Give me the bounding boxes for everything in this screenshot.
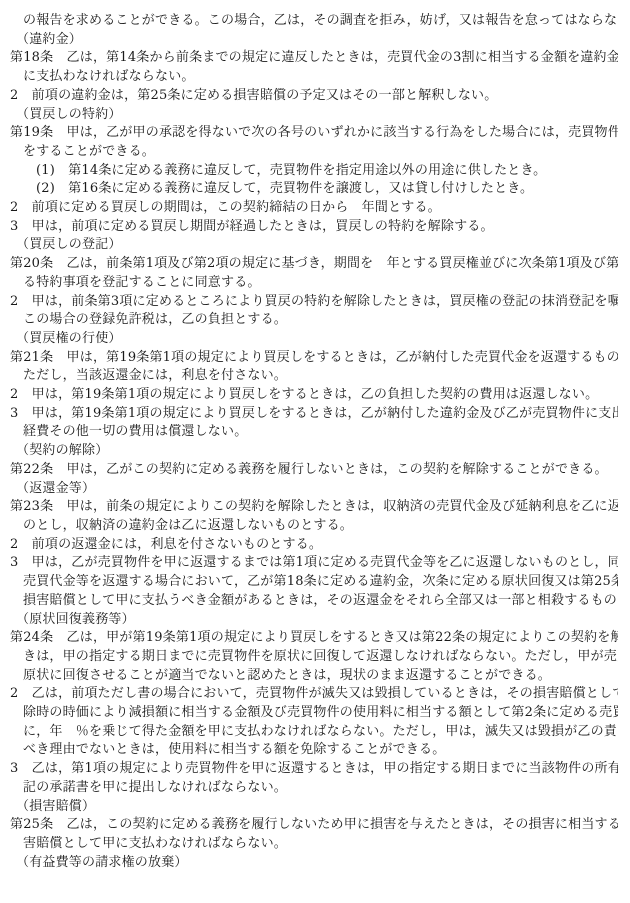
continuation-line: 売買代金等を返還する場合において，乙が第18条に定める違約金，次条に定める原状回… bbox=[0, 573, 618, 592]
continuation-line: の報告を求めることができる。この場合，乙は，その調査を拒み，妨げ，又は報告を怠っ… bbox=[0, 12, 618, 31]
article-line: 3 乙は，第1項の規定により売買物件を甲に返還するときは，甲の指定する期日までに… bbox=[0, 760, 618, 779]
caption-line: （有益費等の請求権の放棄） bbox=[0, 854, 618, 873]
caption-line: （返還金等） bbox=[0, 480, 618, 499]
article-line: 第20条 乙は，前条第1項及び第2項の規定に基づき，期間を 年とする買戻権並びに… bbox=[0, 255, 618, 274]
item-line: (2) 第16条に定める義務に違反して，売買物件を譲渡し，又は貸し付けしたとき。 bbox=[0, 180, 618, 199]
continuation-line: に，年 ％を乗じて得た金額を甲に支払わなければならない。ただし，甲は，滅失又は毀… bbox=[0, 723, 618, 742]
article-line: 第25条 乙は，この契約に定める義務を履行しないため甲に損害を与えたときは，その… bbox=[0, 816, 618, 835]
article-line: 3 甲は，前項に定める買戻し期間が経過したときは，買戻しの特約を解除する。 bbox=[0, 218, 618, 237]
contract-text: の報告を求めることができる。この場合，乙は，その調査を拒み，妨げ，又は報告を怠っ… bbox=[0, 12, 618, 872]
article-line: 第24条 乙は，甲が第19条第1項の規定により買戻しをするとき又は第22条の規定… bbox=[0, 629, 618, 648]
continuation-line: 損害賠償として甲に支払うべき金額があるときは，その返還金をそれら全部又は一部と相… bbox=[0, 592, 618, 611]
continuation-line: この場合の登録免許税は，乙の負担とする。 bbox=[0, 311, 618, 330]
article-line: 2 甲は，第19条第1項の規定により買戻しをするときは，乙の負担した契約の費用は… bbox=[0, 386, 618, 405]
continuation-line: に支払わなければならない。 bbox=[0, 68, 618, 87]
continuation-line: 除時の時価により減損額に相当する金額及び売買物件の使用料に相当する額として第2条… bbox=[0, 704, 618, 723]
continuation-line: 記の承諾書を甲に提出しなければならない。 bbox=[0, 779, 618, 798]
contract-page: の報告を求めることができる。この場合，乙は，その調査を拒み，妨げ，又は報告を怠っ… bbox=[0, 0, 630, 903]
article-line: 2 乙は，前項ただし書の場合において，売買物件が滅失又は毀損しているときは，その… bbox=[0, 685, 618, 704]
caption-line: （違約金） bbox=[0, 31, 618, 50]
article-line: 第23条 甲は，前条の規定によりこの契約を解除したときは，収納済の売買代金及び延… bbox=[0, 498, 618, 517]
continuation-line: をすることができる。 bbox=[0, 143, 618, 162]
article-line: 2 甲は，前条第3項に定めるところにより買戻の特約を解除したときは，買戻権の登記… bbox=[0, 293, 618, 312]
caption-line: （買戻しの特約） bbox=[0, 106, 618, 125]
continuation-line: きは，甲の指定する期日までに売買物件を原状に回復して返還しなければならない。ただ… bbox=[0, 648, 618, 667]
article-line: 第19条 甲は，乙が甲の承認を得ないで次の各号のいずれかに該当する行為をした場合… bbox=[0, 124, 618, 143]
caption-line: （買戻しの登記） bbox=[0, 236, 618, 255]
article-line: 第18条 乙は，第14条から前条までの規定に違反したときは，売買代金の3割に相当… bbox=[0, 49, 618, 68]
continuation-line: 害賠償として甲に支払わなければならない。 bbox=[0, 835, 618, 854]
article-line: 第21条 甲は，第19条第1項の規定により買戻しをするときは，乙が納付した売買代… bbox=[0, 349, 618, 368]
continuation-line: ただし，当該返還金には，利息を付さない。 bbox=[0, 367, 618, 386]
continuation-line: べき理由でないときは，使用料に相当する額を免除することができる。 bbox=[0, 741, 618, 760]
caption-line: （契約の解除） bbox=[0, 442, 618, 461]
item-line: (1) 第14条に定める義務に違反して，売買物件を指定用途以外の用途に供したとき… bbox=[0, 162, 618, 181]
caption-line: （原状回復義務等） bbox=[0, 611, 618, 630]
continuation-line: 原状に回復させることが適当でないと認めたときは，現状のまま返還することができる。 bbox=[0, 667, 618, 686]
continuation-line: 経費その他一切の費用は償還しない。 bbox=[0, 423, 618, 442]
article-line: 2 前項に定める買戻しの期間は，この契約締結の日から 年間とする。 bbox=[0, 199, 618, 218]
continuation-line: る特約事項を登記することに同意する。 bbox=[0, 274, 618, 293]
article-line: 2 前項の返還金には，利息を付さないものとする。 bbox=[0, 536, 618, 555]
caption-line: （買戻権の行使） bbox=[0, 330, 618, 349]
continuation-line: のとし，収納済の違約金は乙に返還しないものとする。 bbox=[0, 517, 618, 536]
caption-line: （損害賠償） bbox=[0, 798, 618, 817]
article-line: 2 前項の違約金は，第25条に定める損害賠償の予定又はその一部と解釈しない。 bbox=[0, 87, 618, 106]
article-line: 第22条 甲は，乙がこの契約に定める義務を履行しないときは，この契約を解除するこ… bbox=[0, 461, 618, 480]
article-line: 3 甲は，乙が売買物件を甲に返還するまでは第1項に定める売買代金等を乙に返還しな… bbox=[0, 554, 618, 573]
article-line: 3 甲は，第19条第1項の規定により買戻しをするときは，乙が納付した違約金及び乙… bbox=[0, 405, 618, 424]
